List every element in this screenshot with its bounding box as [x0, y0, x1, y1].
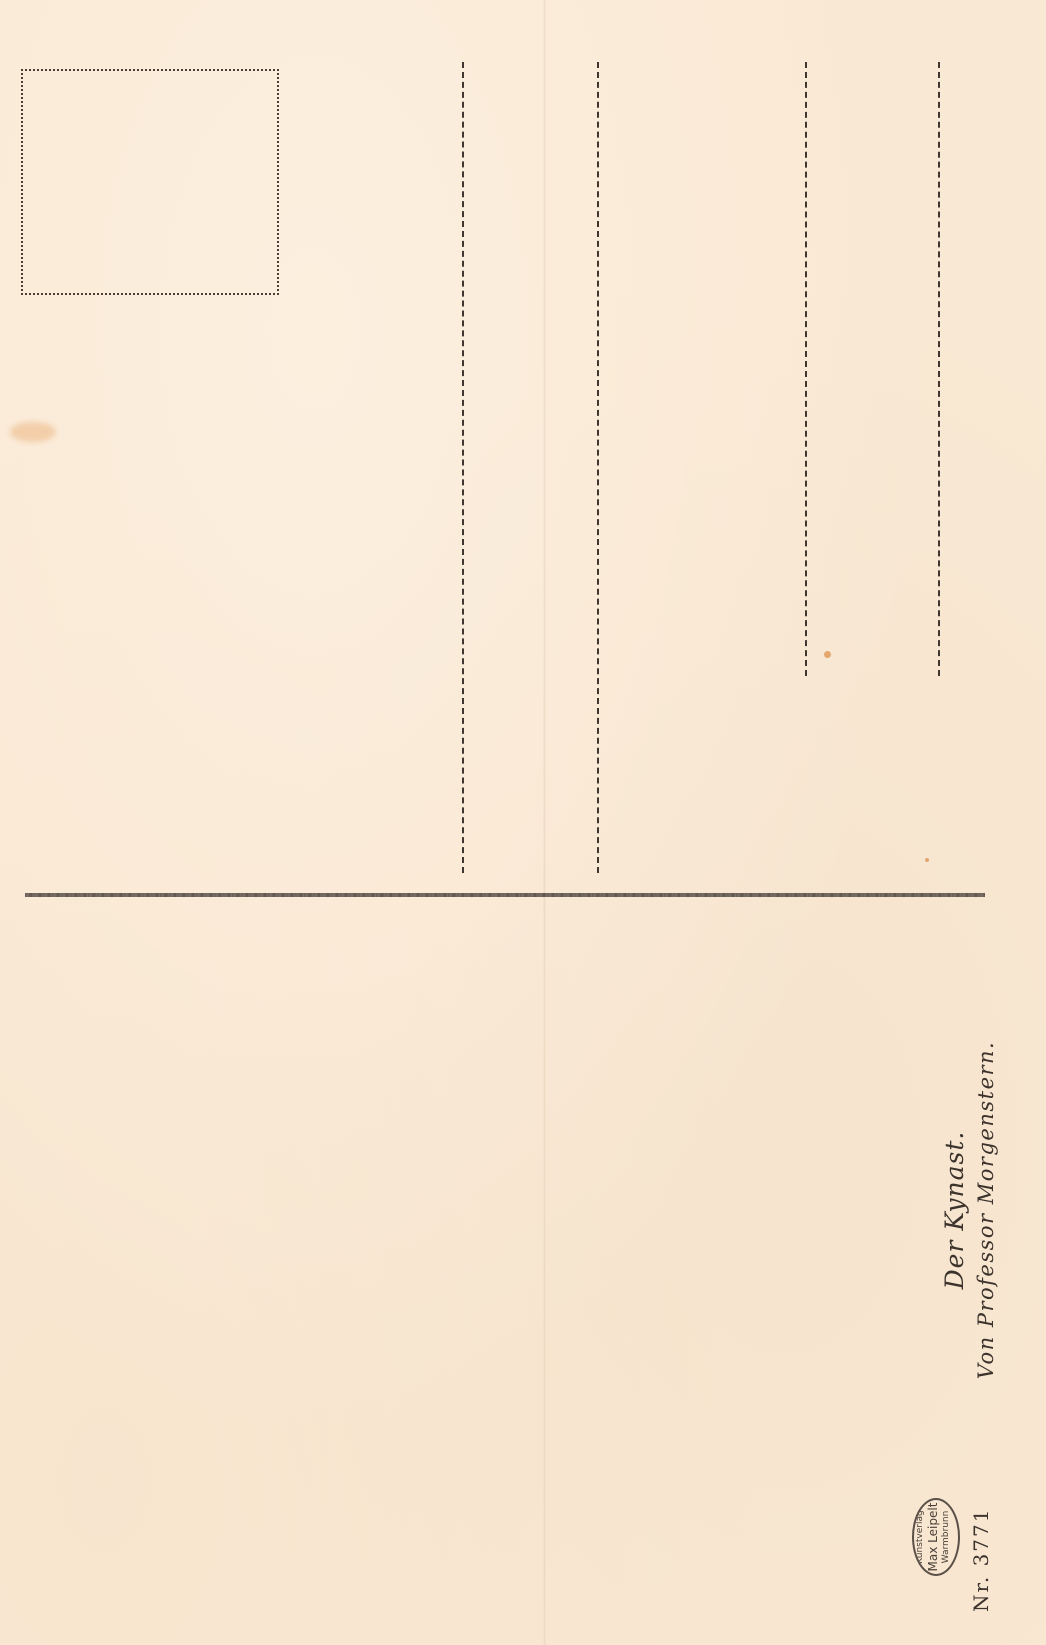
- caption-subtitle: Von Professor Morgenstern.: [972, 1020, 1000, 1400]
- card-caption: Der Kynast. Von Professor Morgenstern.: [940, 1020, 1010, 1400]
- address-line-3: [805, 62, 807, 676]
- stamp-placement-box: [21, 69, 279, 295]
- caption-title: Der Kynast.: [940, 1020, 970, 1400]
- horizontal-divider: [25, 893, 985, 897]
- center-fold-line: [543, 0, 546, 1645]
- publisher-logo-line2: Max Leipelt: [927, 1500, 940, 1574]
- card-number: Nr. 3771: [966, 1500, 996, 1612]
- paper-spot: [824, 651, 831, 658]
- paper-stain: [10, 422, 56, 442]
- address-line-4: [938, 62, 940, 676]
- paper-spot: [925, 858, 929, 862]
- publisher-logo-icon: Kunstverlag Max Leipelt Warmbrunn: [912, 1498, 960, 1576]
- postcard-back: Der Kynast. Von Professor Morgenstern. K…: [0, 0, 1046, 1645]
- publisher-logo-line3: Warmbrunn: [940, 1500, 953, 1574]
- address-line-2: [597, 62, 599, 873]
- address-line-1: [462, 62, 464, 873]
